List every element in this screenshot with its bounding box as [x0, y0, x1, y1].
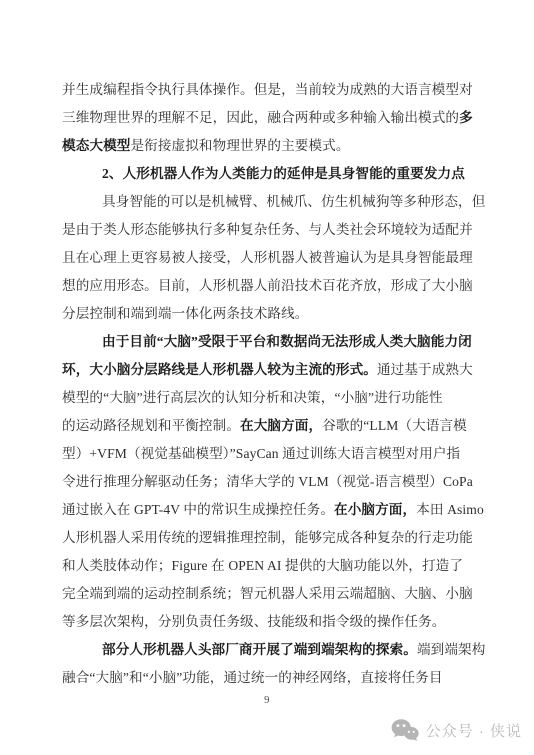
document-page: 并生成编程指令执行具体操作。但是，当前较为成熟的大语言模型对三维物理世界的理解不…	[0, 0, 534, 755]
text-run: 模型的“大脑”进行高层次的认知分析和决策，“小脑”进行功能性	[62, 390, 443, 405]
text-run: 且在心理上更容易被人接受，人形机器人被普遍认为是具身智能最理	[62, 250, 473, 265]
document-body: 并生成编程指令执行具体操作。但是，当前较为成熟的大语言模型对三维物理世界的理解不…	[62, 76, 474, 692]
text-line: 部分人形机器人头部厂商开展了端到端架构的探索。端到端架构	[62, 636, 474, 664]
text-run-bold: 在大脑方面，	[240, 418, 322, 433]
text-run: 型）+VFM（视觉基础模型）”SayCan 通过训练大语言模型对用户指	[62, 446, 460, 461]
text-line: 由于目前“大脑”受限于平台和数据尚无法形成人类大脑能力闭	[62, 328, 474, 356]
text-line: 模型的“大脑”进行高层次的认知分析和决策，“小脑”进行功能性	[62, 384, 474, 412]
text-run-bold: 在小脑方面，	[334, 502, 416, 517]
text-run: 和人类肢体动作；Figure 在 OPEN AI 提供的大脑功能以外，打造了	[62, 558, 463, 573]
text-line: 完全端到端的运动控制系统；智元机器人采用云端超脑、大脑、小脑	[62, 580, 474, 608]
text-run-bold: 环，大小脑分层路线是人形机器人较为主流的形式。	[62, 362, 377, 377]
text-run: 并生成编程指令执行具体操作。但是，当前较为成熟的大语言模型对	[62, 82, 473, 97]
text-run-bold: 2、人形机器人作为人类能力的延伸是具身智能的重要发力点	[102, 166, 465, 181]
text-line: 和人类肢体动作；Figure 在 OPEN AI 提供的大脑功能以外，打造了	[62, 552, 474, 580]
text-run-bold: 多	[459, 110, 473, 125]
text-line: 人形机器人采用传统的逻辑推理控制，能够完成各种复杂的行走功能	[62, 524, 474, 552]
wechat-icon	[391, 718, 419, 742]
text-line: 型）+VFM（视觉基础模型）”SayCan 通过训练大语言模型对用户指	[62, 440, 474, 468]
text-line: 分层控制和端到端一体化两条技术路线。	[62, 300, 474, 328]
text-run: 分层控制和端到端一体化两条技术路线。	[62, 306, 309, 321]
text-line: 是由于类人形态能够执行多种复杂任务、与人类社会环境较为适配并	[62, 216, 474, 244]
text-run: 三维物理世界的理解不足，因此，融合两种或多种输入输出模式的	[62, 110, 459, 125]
text-run: 完全端到端的运动控制系统；智元机器人采用云端超脑、大脑、小脑	[62, 586, 473, 601]
text-run: 端到端架构	[417, 642, 485, 657]
watermark-label: 公众号 · 侠说	[426, 720, 522, 741]
text-run: 通过基于成熟大	[377, 362, 473, 377]
text-run: 谷歌的“LLM（大语言模	[322, 418, 467, 433]
text-run-bold: 部分人形机器人头部厂商开展了端到端架构的探索。	[102, 642, 417, 657]
page-number: 9	[62, 695, 472, 706]
text-line: 具身智能的可以是机械臂、机械爪、仿生机械狗等多种形态，但	[62, 188, 474, 216]
text-run: 想的应用形态。目前，人形机器人前沿技术百花齐放，形成了大小脑	[62, 278, 473, 293]
text-run: 人形机器人采用传统的逻辑推理控制，能够完成各种复杂的行走功能	[62, 530, 473, 545]
section-heading: 2、人形机器人作为人类能力的延伸是具身智能的重要发力点	[62, 160, 474, 188]
text-line: 模态大模型是衔接虚拟和物理世界的主要模式。	[62, 132, 474, 160]
text-line: 想的应用形态。目前，人形机器人前沿技术百花齐放，形成了大小脑	[62, 272, 474, 300]
text-run: 的运动路径规划和平衡控制。	[62, 418, 240, 433]
text-run: 本田 Asimo	[416, 502, 484, 517]
text-run-bold: 由于目前“大脑”受限于平台和数据尚无法形成人类大脑能力闭	[102, 334, 472, 349]
text-run: 具身智能的可以是机械臂、机械爪、仿生机械狗等多种形态，但	[102, 194, 485, 209]
text-line: 并生成编程指令执行具体操作。但是，当前较为成熟的大语言模型对	[62, 76, 474, 104]
text-line: 令进行推理分解驱动任务；清华大学的 VLM（视觉-语言模型）CoPa	[62, 468, 474, 496]
text-line: 通过嵌入在 GPT-4V 中的常识生成操控任务。在小脑方面，本田 Asimo	[62, 496, 474, 524]
text-run: 等多层次架构，分别负责任务级、技能级和指令级的操作任务。	[62, 614, 445, 629]
text-line: 等多层次架构，分别负责任务级、技能级和指令级的操作任务。	[62, 608, 474, 636]
text-run: 通过嵌入在 GPT-4V 中的常识生成操控任务。	[62, 502, 334, 517]
text-run: 是由于类人形态能够执行多种复杂任务、与人类社会环境较为适配并	[62, 222, 473, 237]
text-line: 且在心理上更容易被人接受，人形机器人被普遍认为是具身智能最理	[62, 244, 474, 272]
text-run-bold: 模态大模型	[62, 138, 130, 153]
text-run: 融合“大脑”和“小脑”功能，通过统一的神经网络，直接将任务目	[62, 670, 443, 685]
watermark: 公众号 · 侠说	[391, 716, 522, 744]
text-line: 三维物理世界的理解不足，因此，融合两种或多种输入输出模式的多	[62, 104, 474, 132]
text-line: 融合“大脑”和“小脑”功能，通过统一的神经网络，直接将任务目	[62, 664, 474, 692]
text-line: 的运动路径规划和平衡控制。在大脑方面，谷歌的“LLM（大语言模	[62, 412, 474, 440]
text-line: 环，大小脑分层路线是人形机器人较为主流的形式。通过基于成熟大	[62, 356, 474, 384]
text-run: 令进行推理分解驱动任务；清华大学的 VLM（视觉-语言模型）CoPa	[62, 474, 473, 489]
text-run: 是衔接虚拟和物理世界的主要模式。	[130, 138, 349, 153]
